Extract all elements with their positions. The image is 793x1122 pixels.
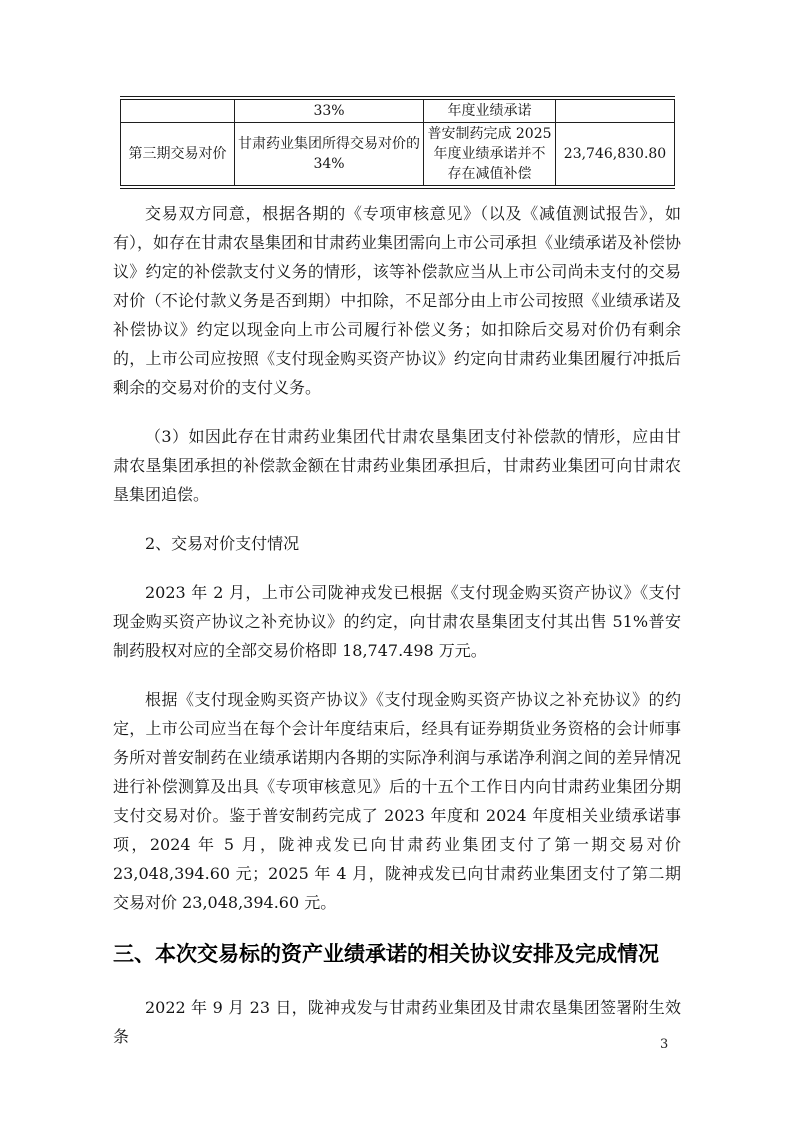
page-content: 33% 年度业绩承诺 第三期交易对价 甘肃药业集团所得交易对价的34% 普安制药…	[113, 0, 681, 1071]
cell-amount: 23,746,830.80	[556, 123, 675, 188]
list-item-payment-status-title: 2、交易对价支付情况	[113, 529, 681, 558]
consideration-table: 33% 年度业绩承诺 第三期交易对价 甘肃药业集团所得交易对价的34% 普安制药…	[120, 96, 675, 189]
cell-amount-empty	[556, 98, 675, 123]
cell-period-label-empty	[121, 98, 235, 123]
document-page: 33% 年度业绩承诺 第三期交易对价 甘肃药业集团所得交易对价的34% 普安制药…	[0, 0, 793, 1122]
table-row-third-installment: 第三期交易对价 甘肃药业集团所得交易对价的34% 普安制药完成 2025 年度业…	[121, 123, 675, 188]
paragraph-2023-payment: 2023 年 2 月，上市公司陇神戎发已根据《支付现金购买资产协议》《支付现金购…	[113, 578, 681, 665]
cell-proportion: 甘肃药业集团所得交易对价的34%	[235, 123, 424, 188]
paragraph-item3-recourse: （3）如因此存在甘肃药业集团代甘肃农垦集团支付补偿款的情形，应由甘肃农垦集团承担…	[113, 422, 681, 509]
cell-period-label: 第三期交易对价	[121, 123, 235, 188]
cell-proportion: 33%	[235, 98, 424, 123]
cell-condition: 年度业绩承诺	[424, 98, 556, 123]
paragraph-compensation-offset-terms: 交易双方同意，根据各期的《专项审核意见》（以及《减值测试报告》，如有），如存在甘…	[113, 199, 681, 402]
paragraph-agreement-signing: 2022 年 9 月 23 日，陇神戎发与甘肃药业集团及甘肃农垦集团签署附生效条	[113, 993, 681, 1051]
section-heading-three: 三、本次交易标的资产业绩承诺的相关协议安排及完成情况	[113, 939, 681, 969]
page-number: 3	[660, 1037, 668, 1052]
table-row-continuation: 33% 年度业绩承诺	[121, 98, 675, 123]
paragraph-installment-payments: 根据《支付现金购买资产协议》《支付现金购买资产协议之补充协议》的约定，上市公司应…	[113, 685, 681, 917]
cell-condition: 普安制药完成 2025 年度业绩承诺并不存在减值补偿	[424, 123, 556, 188]
